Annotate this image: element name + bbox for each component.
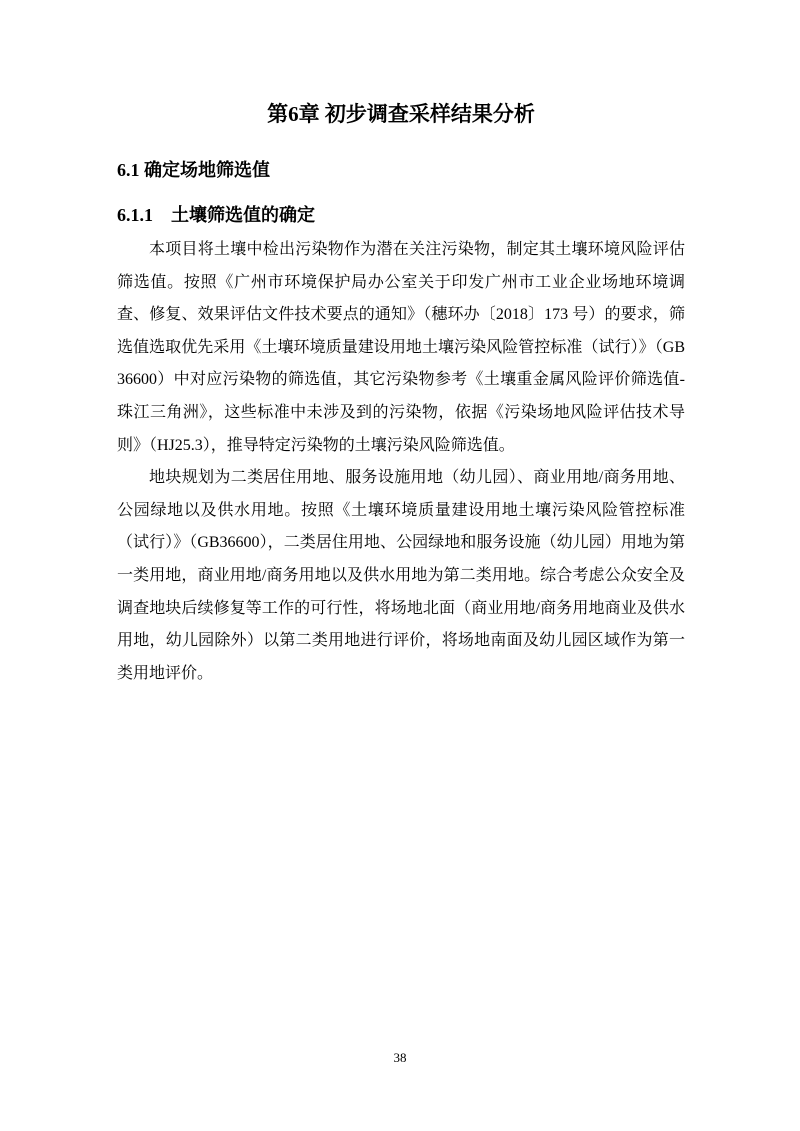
subsection-title: 土壤筛选值的确定 xyxy=(171,205,315,225)
chapter-title: 第6章 初步调查采样结果分析 xyxy=(117,101,685,128)
body-paragraph: 本项目将土壤中检出污染物作为潜在关注污染物，制定其土壤环境风险评估筛选值。按照《… xyxy=(117,234,685,462)
page-footer: 38 xyxy=(0,1050,800,1065)
subsection-heading-6-1-1: 6.1.1土壤筛选值的确定 xyxy=(117,204,685,227)
page-number: 38 xyxy=(394,1050,407,1065)
page-content: 第6章 初步调查采样结果分析 6.1 确定场地筛选值 6.1.1土壤筛选值的确定… xyxy=(117,0,685,690)
document-page: 第6章 初步调查采样结果分析 6.1 确定场地筛选值 6.1.1土壤筛选值的确定… xyxy=(0,0,800,1131)
section-heading-6-1: 6.1 确定场地筛选值 xyxy=(117,159,685,182)
body-paragraph: 地块规划为二类居住用地、服务设施用地（幼儿园）、商业用地/商务用地、公园绿地以及… xyxy=(117,462,685,690)
subsection-number: 6.1.1 xyxy=(117,204,153,227)
